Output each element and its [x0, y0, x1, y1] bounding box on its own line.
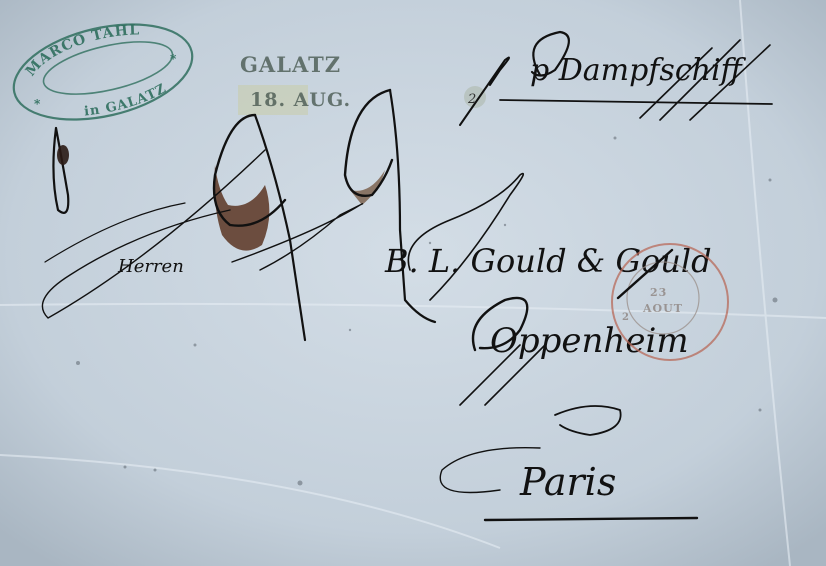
- letter-cover: MARCO TAHL in GALATZ * * GALATZ 18. AUG.…: [0, 0, 826, 566]
- postmark-day: 23: [650, 286, 667, 299]
- cancel-date: 18. AUG.: [250, 89, 351, 111]
- cancel-town: GALATZ: [240, 52, 341, 77]
- cachet-star-right: *: [170, 52, 177, 66]
- address-line3: Paris: [519, 460, 616, 504]
- route-text: p Dampfschiff: [530, 53, 747, 88]
- address-salutation: Herren: [117, 256, 184, 277]
- address-line1: B. L. Gould & Gould: [384, 242, 712, 280]
- postmark-month: AOUT: [642, 302, 683, 315]
- cachet-star-left: *: [34, 97, 41, 111]
- postmark-side-number: 2: [622, 312, 630, 323]
- address-line2: Oppenheim: [490, 321, 689, 361]
